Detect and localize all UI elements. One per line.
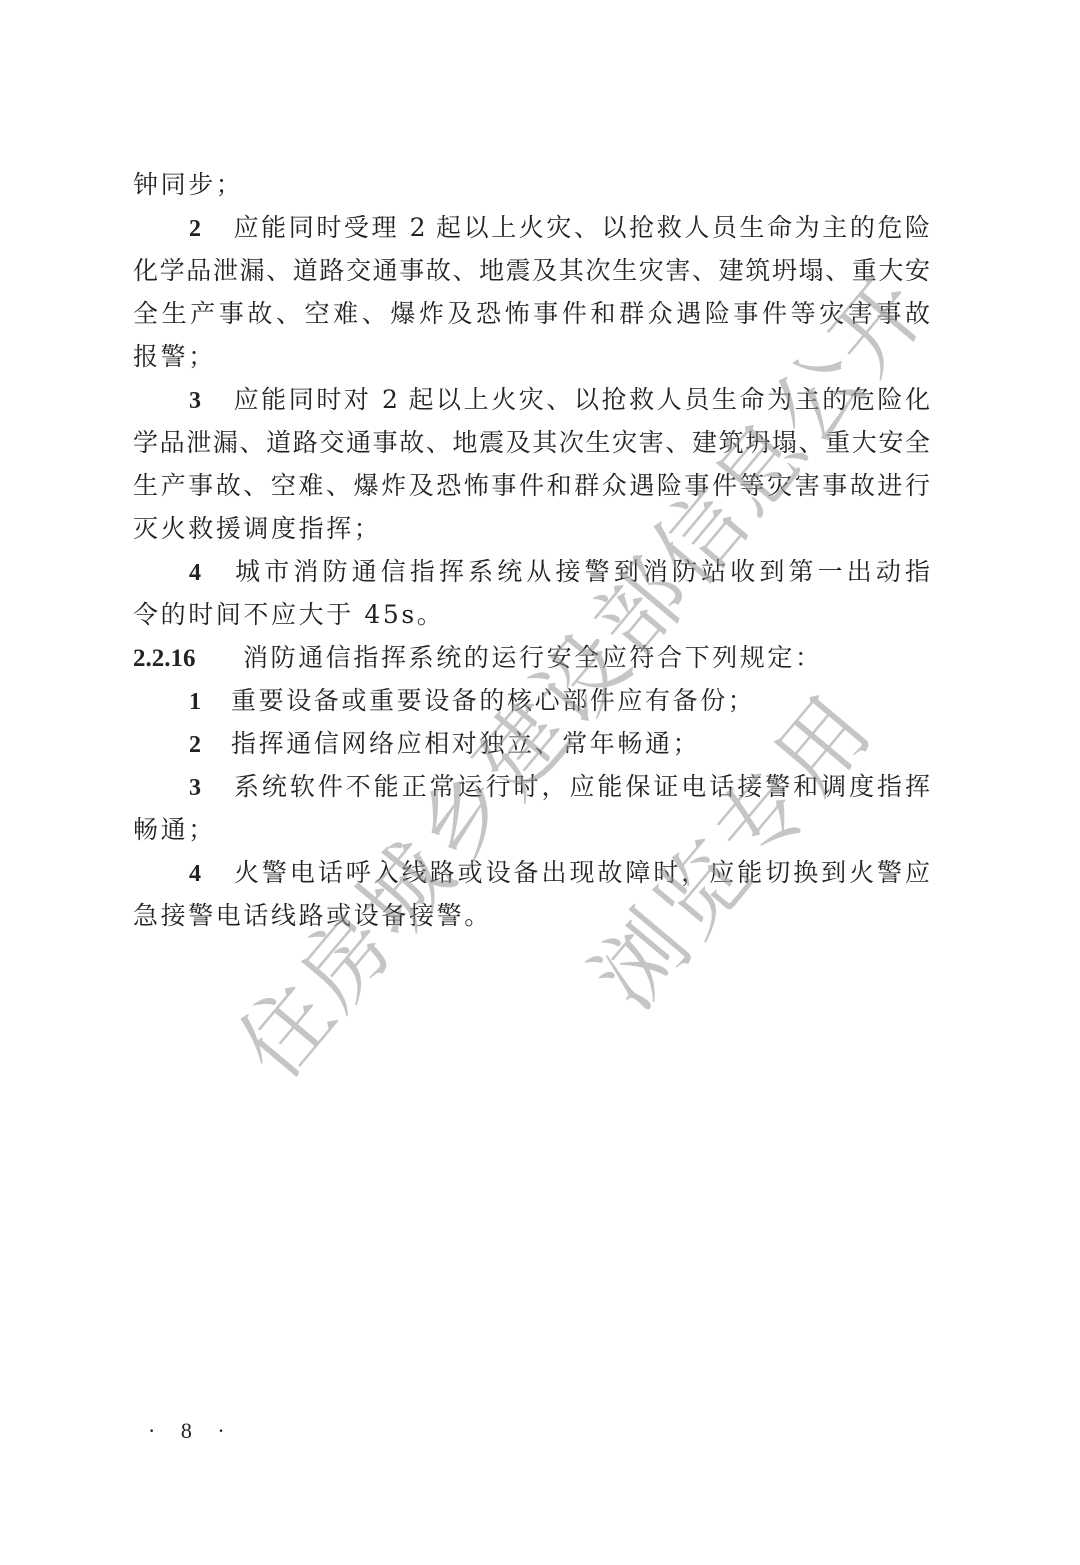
clause-heading: 2.2.16消防通信指挥系统的运行安全应符合下列规定：: [133, 636, 930, 679]
line-text: 系统软件不能正常运行时，应能保证电话接警和调度指挥: [231, 772, 930, 801]
list-item: 3应能同时对 2 起以上火灾、以抢救人员生命为主的危险化: [133, 378, 930, 421]
line-text: 城市消防通信指挥系统从接警到消防站收到第一出动指: [231, 557, 930, 586]
line-text: 报警；: [133, 342, 216, 371]
text-line: 令的时间不应大于 45s。: [133, 593, 930, 636]
line-text: 应能同时受理 2 起以上火灾、以抢救人员生命为主的危险: [231, 213, 930, 242]
document-body: 钟同步； 2应能同时受理 2 起以上火灾、以抢救人员生命为主的危险 化学品泄漏、…: [133, 163, 930, 937]
text-line: 报警；: [133, 335, 930, 378]
line-text: 应能同时对 2 起以上火灾、以抢救人员生命为主的危险化: [231, 385, 930, 414]
line-text: 灭火救援调度指挥；: [133, 514, 381, 543]
list-item: 3系统软件不能正常运行时，应能保证电话接警和调度指挥: [133, 765, 930, 808]
text-line: 生产事故、空难、爆炸及恐怖事件和群众遇险事件等灾害事故进行: [133, 464, 930, 507]
line-text: 指挥通信网络应相对独立、常年畅通；: [231, 729, 700, 758]
item-number: 2: [189, 724, 231, 767]
line-text: 消防通信指挥系统的运行安全应符合下列规定：: [243, 643, 823, 672]
list-item: 1重要设备或重要设备的核心部件应有备份；: [133, 679, 930, 722]
text-line: 畅通；: [133, 808, 930, 851]
page-number: · 8 ·: [148, 1418, 235, 1444]
item-number: 4: [189, 552, 231, 595]
text-line: 急接警电话线路或设备接警。: [133, 894, 930, 937]
line-text: 急接警电话线路或设备接警。: [133, 901, 492, 930]
line-text: 全生产事故、空难、爆炸及恐怖事件和群众遇险事件等灾害事故: [133, 299, 930, 328]
list-item: 4火警电话呼入线路或设备出现故障时，应能切换到火警应: [133, 851, 930, 894]
item-number: 3: [189, 380, 231, 423]
list-item: 2应能同时受理 2 起以上火灾、以抢救人员生命为主的危险: [133, 206, 930, 249]
line-text: 火警电话呼入线路或设备出现故障时，应能切换到火警应: [231, 858, 930, 887]
item-number: 4: [189, 853, 231, 896]
text-line: 全生产事故、空难、爆炸及恐怖事件和群众遇险事件等灾害事故: [133, 292, 930, 335]
line-text: 重要设备或重要设备的核心部件应有备份；: [231, 686, 755, 715]
list-item: 2指挥通信网络应相对独立、常年畅通；: [133, 722, 930, 765]
line-text: 钟同步；: [133, 170, 243, 199]
text-line: 化学品泄漏、道路交通事故、地震及其次生灾害、建筑坍塌、重大安: [133, 249, 930, 292]
line-text: 学品泄漏、道路交通事故、地震及其次生灾害、建筑坍塌、重大安全: [133, 428, 930, 457]
line-text: 化学品泄漏、道路交通事故、地震及其次生灾害、建筑坍塌、重大安: [133, 256, 930, 285]
item-number: 3: [189, 767, 231, 810]
line-text: 畅通；: [133, 815, 216, 844]
text-line: 灭火救援调度指挥；: [133, 507, 930, 550]
document-page: 钟同步； 2应能同时受理 2 起以上火灾、以抢救人员生命为主的危险 化学品泄漏、…: [0, 0, 1080, 1565]
line-text: 令的时间不应大于 45s。: [133, 600, 444, 629]
line-text: 生产事故、空难、爆炸及恐怖事件和群众遇险事件等灾害事故进行: [133, 471, 930, 500]
item-number: 2: [189, 208, 231, 251]
item-number: 1: [189, 681, 231, 724]
list-item: 4城市消防通信指挥系统从接警到消防站收到第一出动指: [133, 550, 930, 593]
clause-number: 2.2.16: [133, 637, 243, 680]
text-line: 学品泄漏、道路交通事故、地震及其次生灾害、建筑坍塌、重大安全: [133, 421, 930, 464]
text-line: 钟同步；: [133, 163, 930, 206]
